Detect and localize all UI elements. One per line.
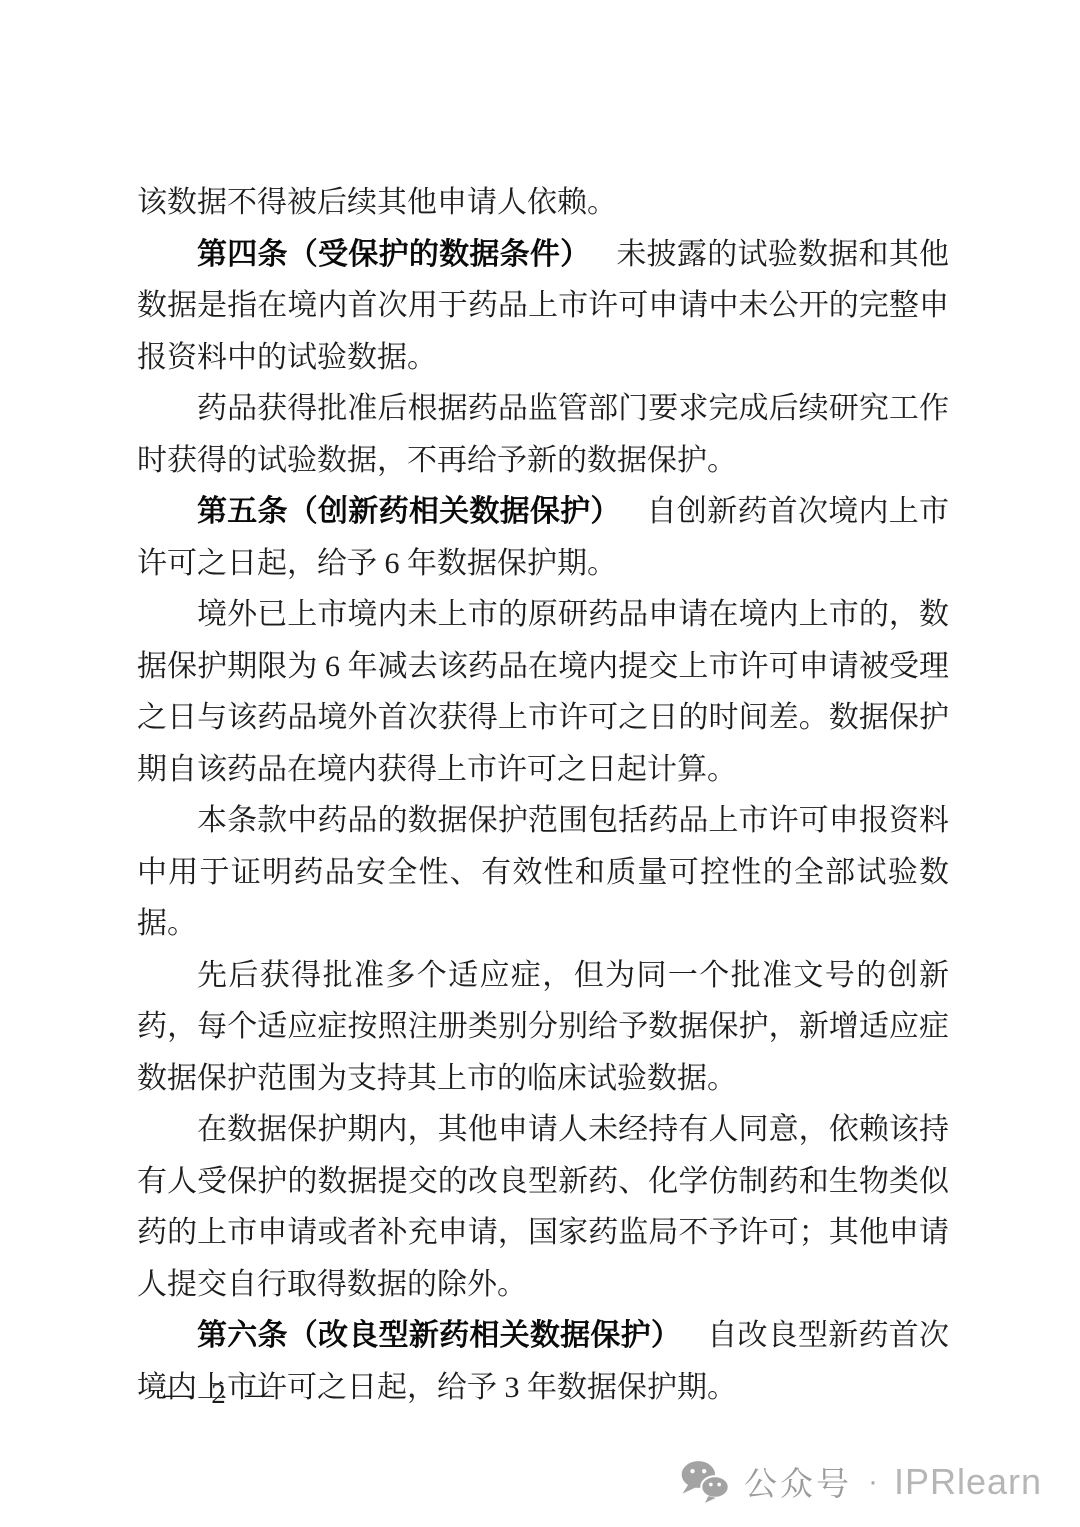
paragraph-5: 境外已上市境内未上市的原研药品申请在境内上市的，数据保护期限为 6 年减去该药品… (137, 589, 949, 795)
paragraph-8: 在数据保护期内，其他申请人未经持有人同意，依赖该持有人受保护的数据提交的改良型新… (137, 1104, 949, 1310)
paragraph-1-text: 该数据不得被后续其他申请人依赖。 (137, 186, 617, 219)
paragraph-7: 先后获得批准多个适应症，但为同一个批准文号的创新药，每个适应症按照注册类别分别给… (137, 950, 949, 1105)
paragraph-4: 第五条（创新药相关数据保护）自创新药首次境内上市许可之日起，给予 6 年数据保护… (137, 486, 949, 589)
paragraph-1: 该数据不得被后续其他申请人依赖。 (137, 177, 949, 229)
paragraph-7-text: 先后获得批准多个适应症，但为同一个批准文号的创新药，每个适应症按照注册类别分别给… (137, 959, 949, 1095)
document-page: 该数据不得被后续其他申请人依赖。 第四条（受保护的数据条件）未披露的试验数据和其… (0, 0, 1080, 1527)
article-4-heading: 第四条（受保护的数据条件） (197, 238, 590, 271)
paragraph-5-text: 境外已上市境内未上市的原研药品申请在境内上市的，数据保护期限为 6 年减去该药品… (137, 598, 949, 786)
paragraph-3: 药品获得批准后根据药品监管部门要求完成后续研究工作时获得的试验数据，不再给予新的… (137, 383, 949, 486)
paragraph-3-text: 药品获得批准后根据药品监管部门要求完成后续研究工作时获得的试验数据，不再给予新的… (137, 392, 949, 477)
paragraph-6-text: 本条款中药品的数据保护范围包括药品上市许可申报资料中用于证明药品安全性、有效性和… (137, 804, 949, 940)
watermark-separator: · (868, 1465, 878, 1499)
page-number: — 2 — (163, 1378, 280, 1411)
article-6-heading: 第六条（改良型新药相关数据保护） (197, 1319, 681, 1352)
wechat-watermark: 公众号 · IPRlearn (680, 1458, 1042, 1505)
watermark-account-name: IPRlearn (894, 1461, 1042, 1503)
paragraph-8-text: 在数据保护期内，其他申请人未经持有人同意，依赖该持有人受保护的数据提交的改良型新… (137, 1113, 949, 1301)
document-body: 该数据不得被后续其他申请人依赖。 第四条（受保护的数据条件）未披露的试验数据和其… (137, 177, 949, 1413)
wechat-icon (680, 1460, 730, 1504)
paragraph-6: 本条款中药品的数据保护范围包括药品上市许可申报资料中用于证明药品安全性、有效性和… (137, 795, 949, 950)
article-5-heading: 第五条（创新药相关数据保护） (197, 495, 621, 528)
watermark-account-label: 公众号 (744, 1458, 852, 1505)
paragraph-2: 第四条（受保护的数据条件）未披露的试验数据和其他数据是指在境内首次用于药品上市许… (137, 229, 949, 384)
